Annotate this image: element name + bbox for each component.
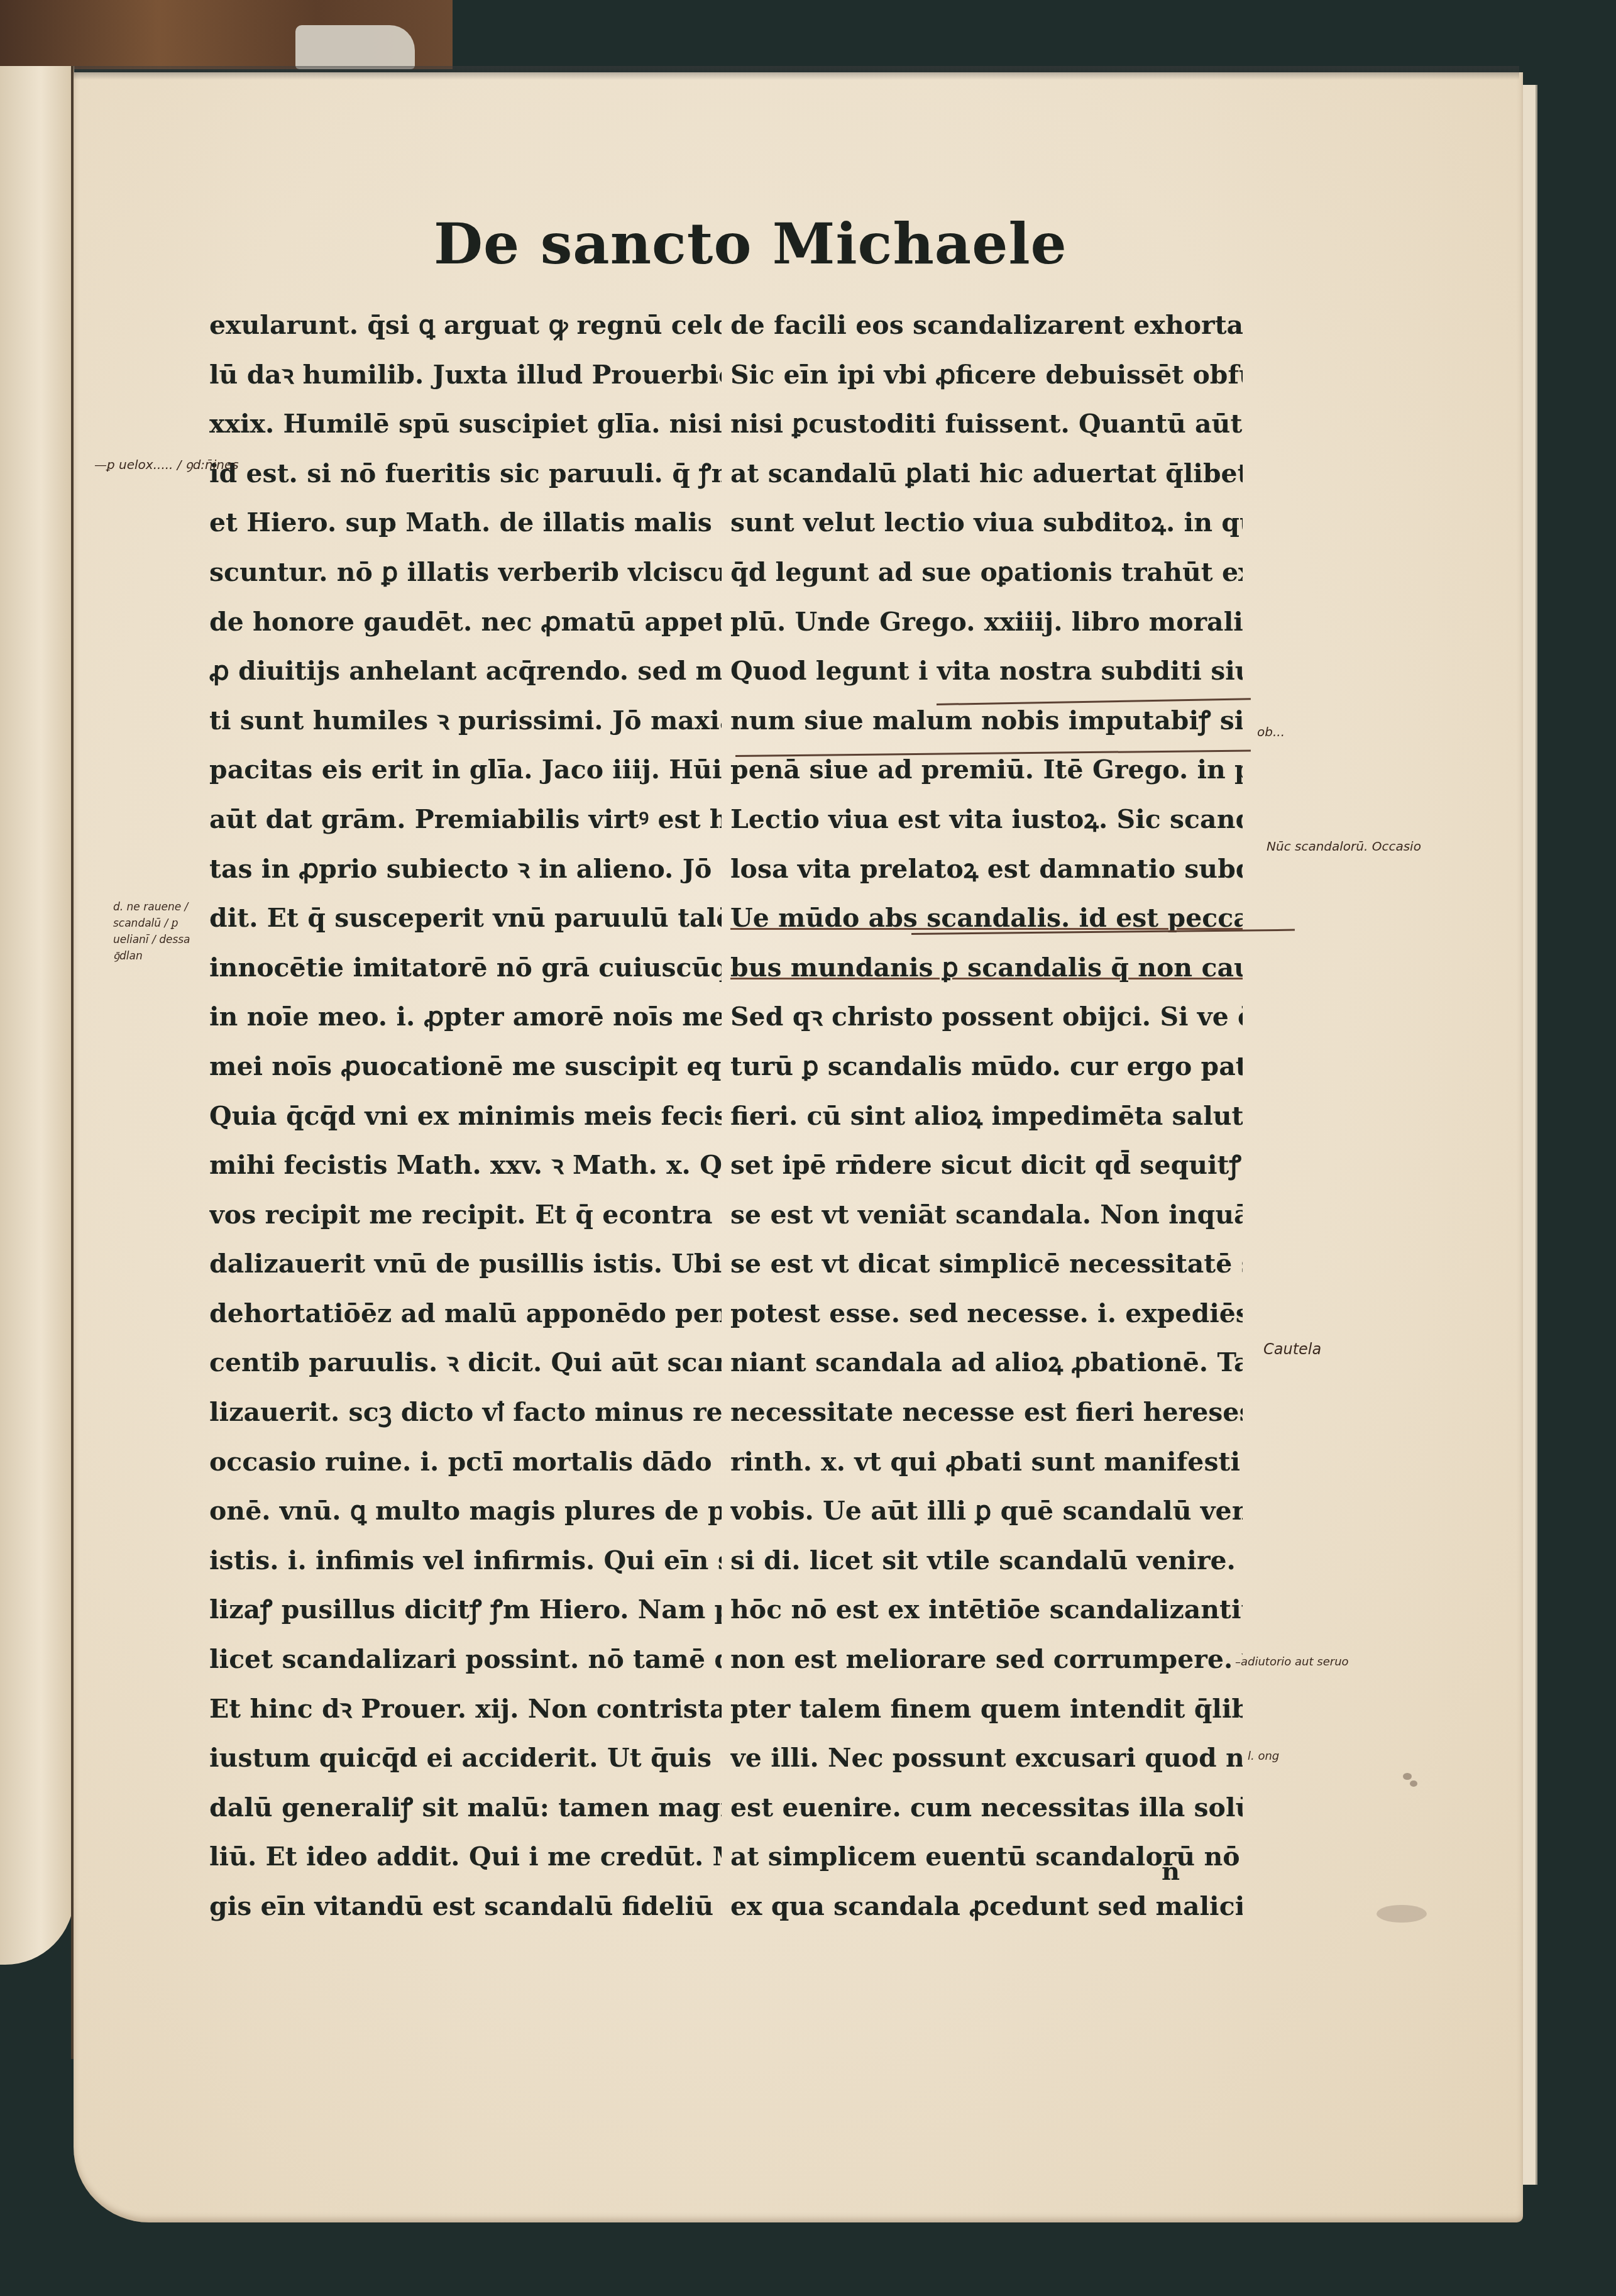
- text-line: si di. licet sit vtile scandalū venire. …: [730, 1536, 1243, 1586]
- text-line: lizaꝭ pusillus dicitꝭ ꝭm Hiero. Nam pfct…: [209, 1585, 722, 1635]
- text-line: scuntur. nō ꝑ illatis verberib vlciscunꝭ…: [209, 548, 722, 597]
- marginal-note-left-1: —ꝑ uelox..... / ꝯd:n̄ines: [94, 456, 239, 473]
- text-line: ex qua scandala ꝓcedunt sed malicia que: [730, 1882, 1243, 1931]
- text-line: non est meliorare sed corrumpere. ꝛ ideo…: [730, 1635, 1243, 1684]
- text-line: set ipē rn̄dere sicut dicit qd̄ sequitꝭ.…: [730, 1140, 1243, 1190]
- text-line: iustum quicq̄d ei acciderit. Ut q̄uis sc…: [209, 1733, 722, 1783]
- text-line: licet scandalizari possint. nō tamē de f…: [209, 1635, 722, 1684]
- binding-shadow: [74, 66, 1519, 80]
- text-line: rinth. x. vt qui ꝓbati sunt manifesti fi…: [730, 1437, 1243, 1487]
- text-line: Sed qꝛ christo possent obijci. Si ve ēvē…: [730, 992, 1243, 1042]
- text-line: istis. i. infimis vel infirmis. Qui eīn …: [209, 1536, 722, 1586]
- text-line: occasio ruine. i. pctī mortalis dādo occ…: [209, 1437, 722, 1487]
- text-column-left: exularunt. q̄si ꝗ arguat ꝙ regnū celoꝝ s…: [209, 301, 722, 1931]
- text-line: Quia q̄cq̄d vni ex minimis meis fecistis: [209, 1091, 722, 1141]
- text-line: id est. si nō fueritis sic paruuli. q̄ ꝭ…: [209, 449, 722, 499]
- text-line: lū daꝛ humilib. Juxta illud Prouerbioꝝ: [209, 350, 722, 400]
- text-line: liū. Et ideo addit. Qui i me credūt. Ma-: [209, 1832, 722, 1882]
- ink-spot: [1410, 1780, 1417, 1787]
- text-line: vos recipit me recipit. Et q̄ econtra sc…: [209, 1190, 722, 1240]
- text-line: mihi fecistis Math. xxv. ꝛ Math. x. Qui: [209, 1140, 722, 1190]
- ink-spot: [1403, 1773, 1412, 1780]
- marginal-note-right-1: ob...: [1257, 723, 1285, 741]
- text-line: dit. Et q̄ susceperit vnū paruulū talē m…: [209, 893, 722, 943]
- text-line: potest esse. sed necesse. i. expediēs es…: [730, 1289, 1243, 1338]
- text-line: dehortatiōēz ad malū apponēdo penā no: [209, 1289, 722, 1338]
- facing-page-edge: [0, 66, 74, 1965]
- text-line: et Hiero. sup Math. de illatis malis n̄ …: [209, 498, 722, 548]
- text-line: est euenire. cum necessitas illa solū re…: [730, 1783, 1243, 1833]
- text-line: aūt dat grām. Premiabilis virtꝰ est hūil…: [209, 795, 722, 844]
- text-line: hōc nō est ex intētiōe scandalizantium q…: [730, 1585, 1243, 1635]
- text-line: gis eīn vitandū est scandalū fideliū q̄ …: [209, 1882, 722, 1931]
- text-line: in noīe meo. i. ꝓpter amorē noīs mei seu…: [209, 992, 722, 1042]
- text-column-right: de facili eos scandalizarent exhortantur…: [730, 301, 1243, 1931]
- text-line: sunt velut lectio viua subditoꝝ. in qua …: [730, 498, 1243, 548]
- text-line: onē. vnū. ꝗ multo magis plures de pusilꝉ: [209, 1486, 722, 1536]
- text-line: pacitas eis erit in glīa. Jaco iiij. Hūi…: [209, 745, 722, 795]
- text-line: nisi ꝑcustoditi fuissent. Quantū aūt noc…: [730, 399, 1243, 449]
- binding-paper-tab: [295, 25, 415, 69]
- water-stain: [1377, 1905, 1427, 1923]
- text-line: ti sunt humiles ꝛ purissimi. Jō maxia ca…: [209, 696, 722, 746]
- marginal-note-right-3: Cautela: [1263, 1340, 1321, 1358]
- text-line: fieri. cū sint alioꝝ impedimēta salutis.…: [730, 1091, 1243, 1141]
- text-line: se est vt dicat simplicē necessitatē sin…: [730, 1239, 1243, 1289]
- text-line: q̄d legunt ad sue oꝑationis trahūt exem-: [730, 548, 1243, 597]
- text-line: dalū generaliꝭ sit malū: tamen magis fid…: [209, 1783, 722, 1833]
- text-line: Quod legunt i vita nostra subditi siue b…: [730, 646, 1243, 696]
- text-line: plū. Unde Grego. xxiiij. libro moralium.: [730, 597, 1243, 647]
- text-line: at scandalū ꝑlati hic aduertat q̄libet. …: [730, 449, 1243, 499]
- text-line: necessitate necesse est fieri hereses. ꝑ…: [730, 1388, 1243, 1437]
- text-line: ve illi. Nec possunt excusari quod neces…: [730, 1733, 1243, 1783]
- marginal-note-right-5: l. ong: [1248, 1748, 1279, 1765]
- text-line: ꝓ diuitijs anhelant acq̄rendo. sed mansu…: [209, 646, 722, 696]
- text-line: niant scandala ad alioꝝ ꝓbationē. Tali e…: [730, 1338, 1243, 1388]
- text-line: tas in ꝓprio subiecto ꝛ in alieno. Jō su…: [209, 844, 722, 894]
- text-line: mei noīs ꝓuocationē me suscipit equalēt.: [209, 1042, 722, 1091]
- text-line: Et hinc dꝛ Prouer. xij. Non contristabit: [209, 1684, 722, 1734]
- text-line: Lectio viua est vita iustoꝝ. Sic scanda-: [730, 795, 1243, 844]
- text-line: exularunt. q̄si ꝗ arguat ꝙ regnū celoꝝ s…: [209, 301, 722, 350]
- text-line: lizauerit. scꝫ dicto vꝉ facto minus rect…: [209, 1388, 722, 1437]
- running-title: De sancto Michaele: [434, 211, 1067, 277]
- text-line: pter talem finem quem intendit q̄libet t…: [730, 1684, 1243, 1734]
- text-line: dalizauerit vnū de pusillis istis. Ubi p…: [209, 1239, 722, 1289]
- text-line: Ue mūdo abs scandalis. id est peccatori-: [730, 893, 1243, 943]
- text-line: de honore gaudēt. nec ꝓmatū appetūt. nō: [209, 597, 722, 647]
- text-line: losa vita prelatoꝝ est damnatio subditoꝝ…: [730, 844, 1243, 894]
- marginal-note-right-2: Nūc scandalorū. Occasio: [1267, 837, 1421, 855]
- text-line: de facili eos scandalizarent exhortantur…: [730, 301, 1243, 350]
- signature-mark: n: [1162, 1857, 1180, 1886]
- text-line: se est vt veniāt scandala. Non inquā nec…: [730, 1190, 1243, 1240]
- text-line: Sic eīn ipi vbi ꝓficere debuissēt obfuis…: [730, 350, 1243, 400]
- text-line: bus mundanis ꝑ scandalis q̄ non cauent.: [730, 943, 1243, 993]
- text-line: vobis. Ue aūt illi ꝑ quē scandalū venit.…: [730, 1486, 1243, 1536]
- text-line: xxix. Humilē spū suscipiet glīa. nisi ꝗ …: [209, 399, 722, 449]
- text-line: turū ꝑ scandalis mūdo. cur ergo paterꝫ e…: [730, 1042, 1243, 1091]
- text-line: innocētie imitatorē nō grā cuiuscūqꝫ. se…: [209, 943, 722, 993]
- marginal-note-left-2: d. ne rauene / scandalū / ꝑ uelianī / de…: [113, 899, 207, 964]
- book-gutter: [71, 66, 74, 2059]
- text-line: centib paruulis. ꝛ dicit. Qui aūt scanda…: [209, 1338, 722, 1388]
- marginal-note-right-4: –adiutorio aut seruo: [1235, 1653, 1349, 1671]
